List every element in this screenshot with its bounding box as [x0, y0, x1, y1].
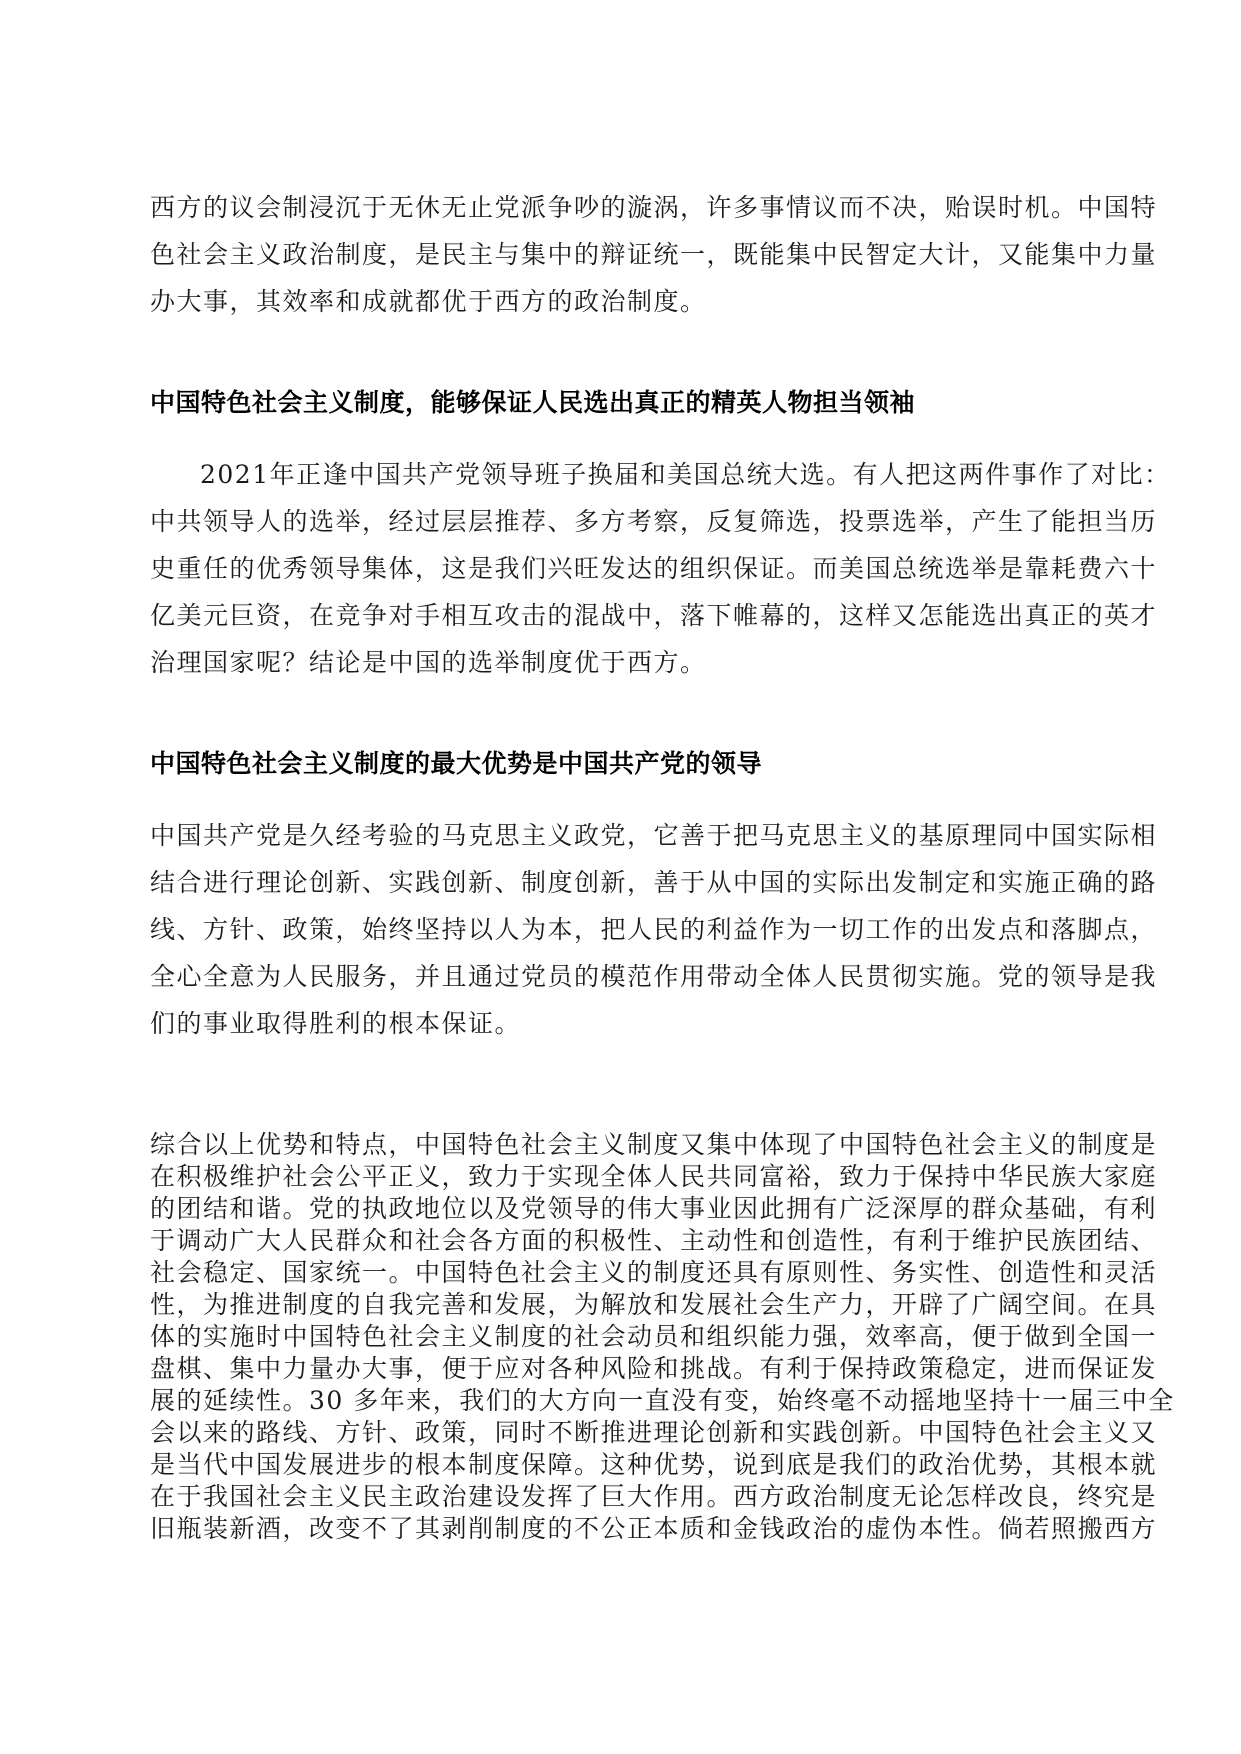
paragraph-line: 盘棋、集中力量办大事，便于应对各种风险和挑战。有利于保持政策稳定，进而保证发	[150, 1354, 1095, 1384]
paragraph-line: 2021年正逢中国共产党领导班子换届和美国总统大选。有人把这两件事作了对比：	[200, 460, 1145, 490]
paragraph-line: 体的实施时中国特色社会主义制度的社会动员和组织能力强，效率高，便于做到全国一	[150, 1322, 1095, 1352]
paragraph-line: 西方的议会制浸沉于无休无止党派争吵的漩涡，许多事情议而不决，贻误时机。中国特	[150, 193, 1095, 223]
paragraph-line: 综合以上优势和特点，中国特色社会主义制度又集中体现了中国特色社会主义的制度是	[150, 1130, 1095, 1160]
paragraph-line: 中共领导人的选举，经过层层推荐、多方考察，反复筛选，投票选举，产生了能担当历	[150, 507, 1095, 537]
paragraph-line: 在积极维护社会公平正义，致力于实现全体人民共同富裕，致力于保持中华民族大家庭	[150, 1162, 1095, 1192]
paragraph-line: 的团结和谐。党的执政地位以及党领导的伟大事业因此拥有广泛深厚的群众基础，有利	[150, 1194, 1095, 1224]
paragraph-line: 中国共产党是久经考验的马克思主义政党，它善于把马克思主义的基原理同中国实际相	[150, 821, 1095, 851]
paragraph-line: 会以来的路线、方针、政策，同时不断推进理论创新和实践创新。中国特色社会主义又	[150, 1418, 1095, 1448]
paragraph-line: 线、方针、政策，始终坚持以人为本，把人民的利益作为一切工作的出发点和落脚点，	[150, 915, 1095, 945]
paragraph-line: 是当代中国发展进步的根本制度保障。这种优势，说到底是我们的政治优势，其根本就	[150, 1450, 1095, 1480]
paragraph-line: 们的事业取得胜利的根本保证。	[150, 1009, 1095, 1039]
paragraph-line: 全心全意为人民服务，并且通过党员的模范作用带动全体人民贯彻实施。党的领导是我	[150, 962, 1095, 992]
document-page: 西方的议会制浸沉于无休无止党派争吵的漩涡，许多事情议而不决，贻误时机。中国特 色…	[0, 0, 1241, 1754]
section-heading-1: 中国特色社会主义制度，能够保证人民选出真正的精英人物担当领袖	[150, 388, 915, 418]
paragraph-line: 色社会主义政治制度，是民主与集中的辩证统一，既能集中民智定大计，又能集中力量	[150, 240, 1095, 270]
paragraph-line: 结合进行理论创新、实践创新、制度创新，善于从中国的实际出发制定和实施正确的路	[150, 868, 1095, 898]
paragraph-line: 性，为推进制度的自我完善和发展，为解放和发展社会生产力，开辟了广阔空间。在具	[150, 1290, 1095, 1320]
paragraph-line: 社会稳定、国家统一。中国特色社会主义的制度还具有原则性、务实性、创造性和灵活	[150, 1258, 1095, 1288]
paragraph-line: 办大事，其效率和成就都优于西方的政治制度。	[150, 287, 1095, 317]
paragraph-line: 于调动广大人民群众和社会各方面的积极性、主动性和创造性，有利于维护民族团结、	[150, 1226, 1095, 1256]
paragraph-line: 治理国家呢？结论是中国的选举制度优于西方。	[150, 648, 1095, 678]
paragraph-line: 展的延续性。30 多年来，我们的大方向一直没有变，始终毫不动摇地坚持十一届三中全	[150, 1386, 1095, 1416]
paragraph-line: 旧瓶装新酒，改变不了其剥削制度的不公正本质和金钱政治的虚伪本性。倘若照搬西方	[150, 1514, 1095, 1544]
section-heading-2: 中国特色社会主义制度的最大优势是中国共产党的领导	[150, 749, 762, 779]
paragraph-line: 亿美元巨资，在竞争对手相互攻击的混战中，落下帷幕的，这样又怎能选出真正的英才	[150, 601, 1095, 631]
paragraph-line: 在于我国社会主义民主政治建设发挥了巨大作用。西方政治制度无论怎样改良，终究是	[150, 1482, 1095, 1512]
paragraph-line: 史重任的优秀领导集体，这是我们兴旺发达的组织保证。而美国总统选举是靠耗费六十	[150, 554, 1095, 584]
